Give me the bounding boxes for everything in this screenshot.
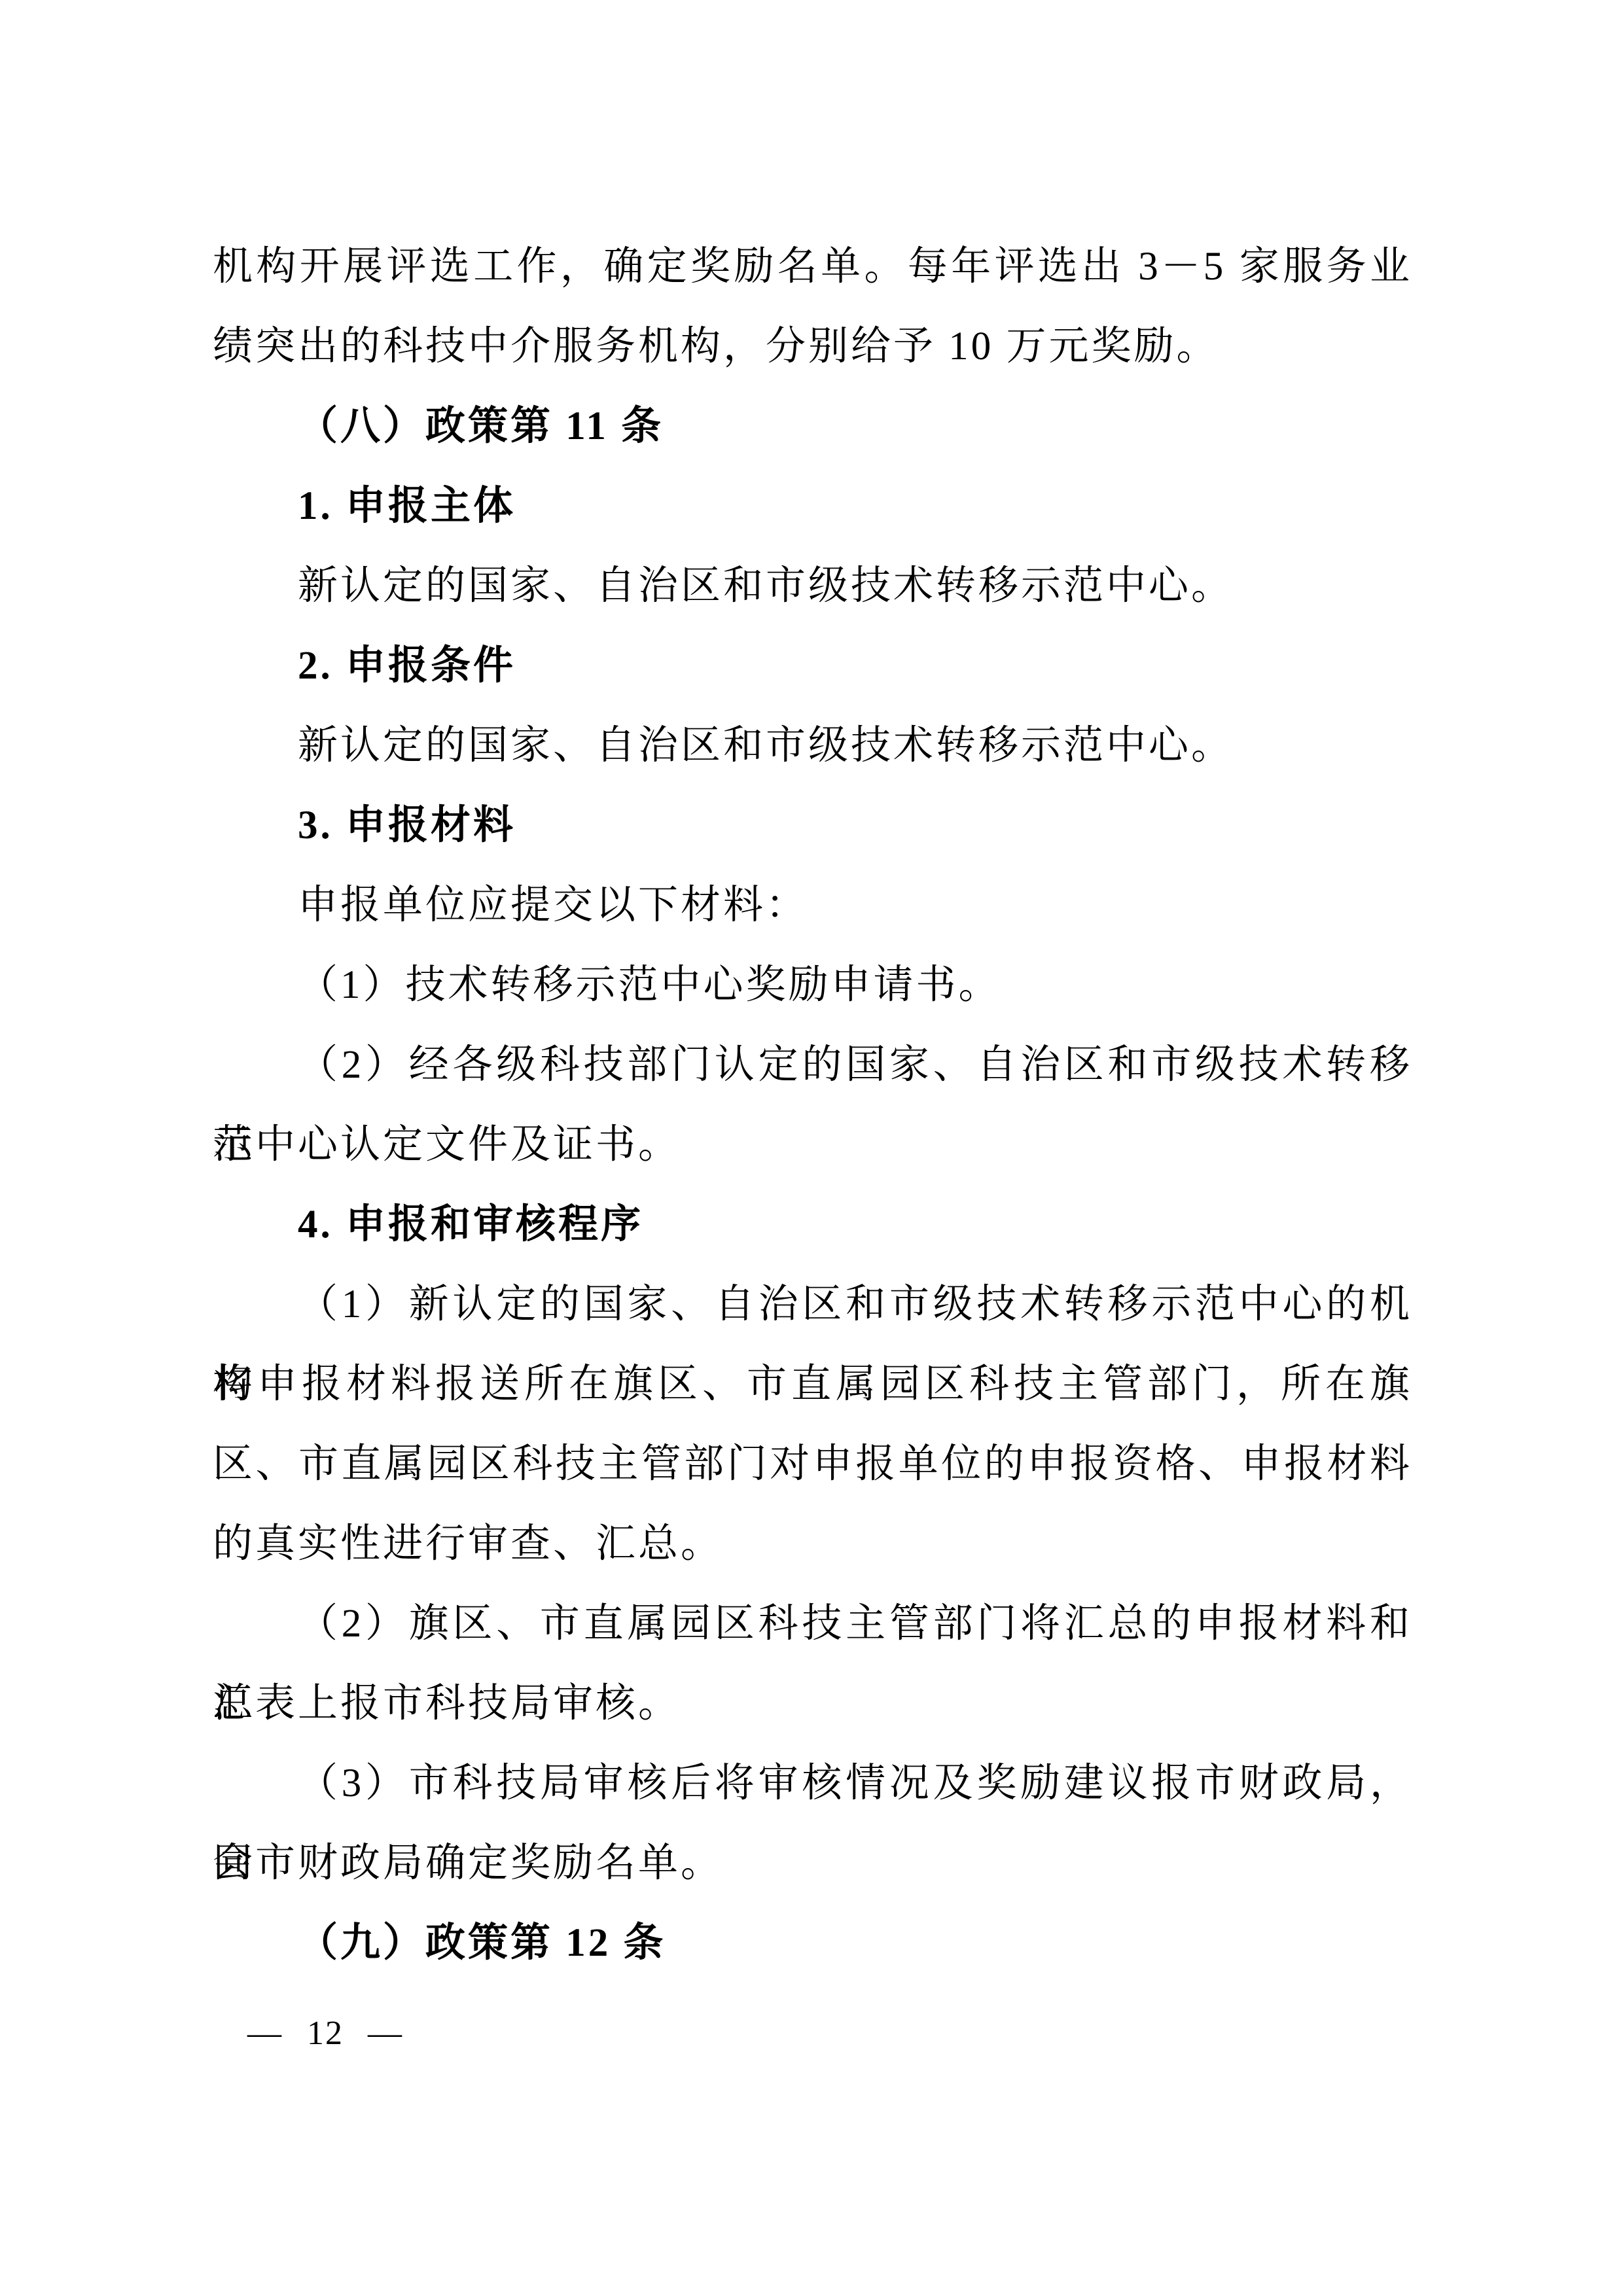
heading-line: （九）政策第 12 条: [213, 1903, 1412, 1983]
body-line: 新认定的国家、自治区和市级技术转移示范中心。: [213, 546, 1412, 626]
heading-line: 1. 申报主体: [213, 467, 1412, 546]
body-line: （2）经各级科技部门认定的国家、自治区和市级技术转移示: [213, 1025, 1412, 1105]
body-line: 绩突出的科技中介服务机构，分别给予 10 万元奖励。: [213, 307, 1412, 387]
body-line: 区、市直属园区科技主管部门对申报单位的申报资格、申报材料: [213, 1424, 1412, 1504]
body-line: 同市财政局确定奖励名单。: [213, 1824, 1412, 1903]
body-line: （2）旗区、市直属园区科技主管部门将汇总的申报材料和汇: [213, 1584, 1412, 1664]
document-page: 机构开展评选工作，确定奖励名单。每年评选出 3－5 家服务业绩突出的科技中介服务…: [0, 0, 1623, 2296]
document-body: 机构开展评选工作，确定奖励名单。每年评选出 3－5 家服务业绩突出的科技中介服务…: [213, 227, 1412, 1983]
body-line: 总表上报市科技局审核。: [213, 1664, 1412, 1744]
body-line: 范中心认定文件及证书。: [213, 1105, 1412, 1185]
body-line: 将申报材料报送所在旗区、市直属园区科技主管部门，所在旗: [213, 1345, 1412, 1424]
heading-line: （八）政策第 11 条: [213, 387, 1412, 467]
body-line: （1）技术转移示范中心奖励申请书。: [213, 945, 1412, 1025]
body-line: 机构开展评选工作，确定奖励名单。每年评选出 3－5 家服务业: [213, 227, 1412, 307]
page-number: — 12 —: [247, 2014, 403, 2053]
heading-line: 4. 申报和审核程序: [213, 1185, 1412, 1265]
body-line: （3）市科技局审核后将审核情况及奖励建议报市财政局，会: [213, 1744, 1412, 1824]
heading-line: 3. 申报材料: [213, 786, 1412, 866]
body-line: 新认定的国家、自治区和市级技术转移示范中心。: [213, 706, 1412, 786]
body-line: （1）新认定的国家、自治区和市级技术转移示范中心的机构: [213, 1265, 1412, 1345]
body-line: 的真实性进行审查、汇总。: [213, 1504, 1412, 1584]
heading-line: 2. 申报条件: [213, 626, 1412, 706]
body-line: 申报单位应提交以下材料：: [213, 866, 1412, 945]
